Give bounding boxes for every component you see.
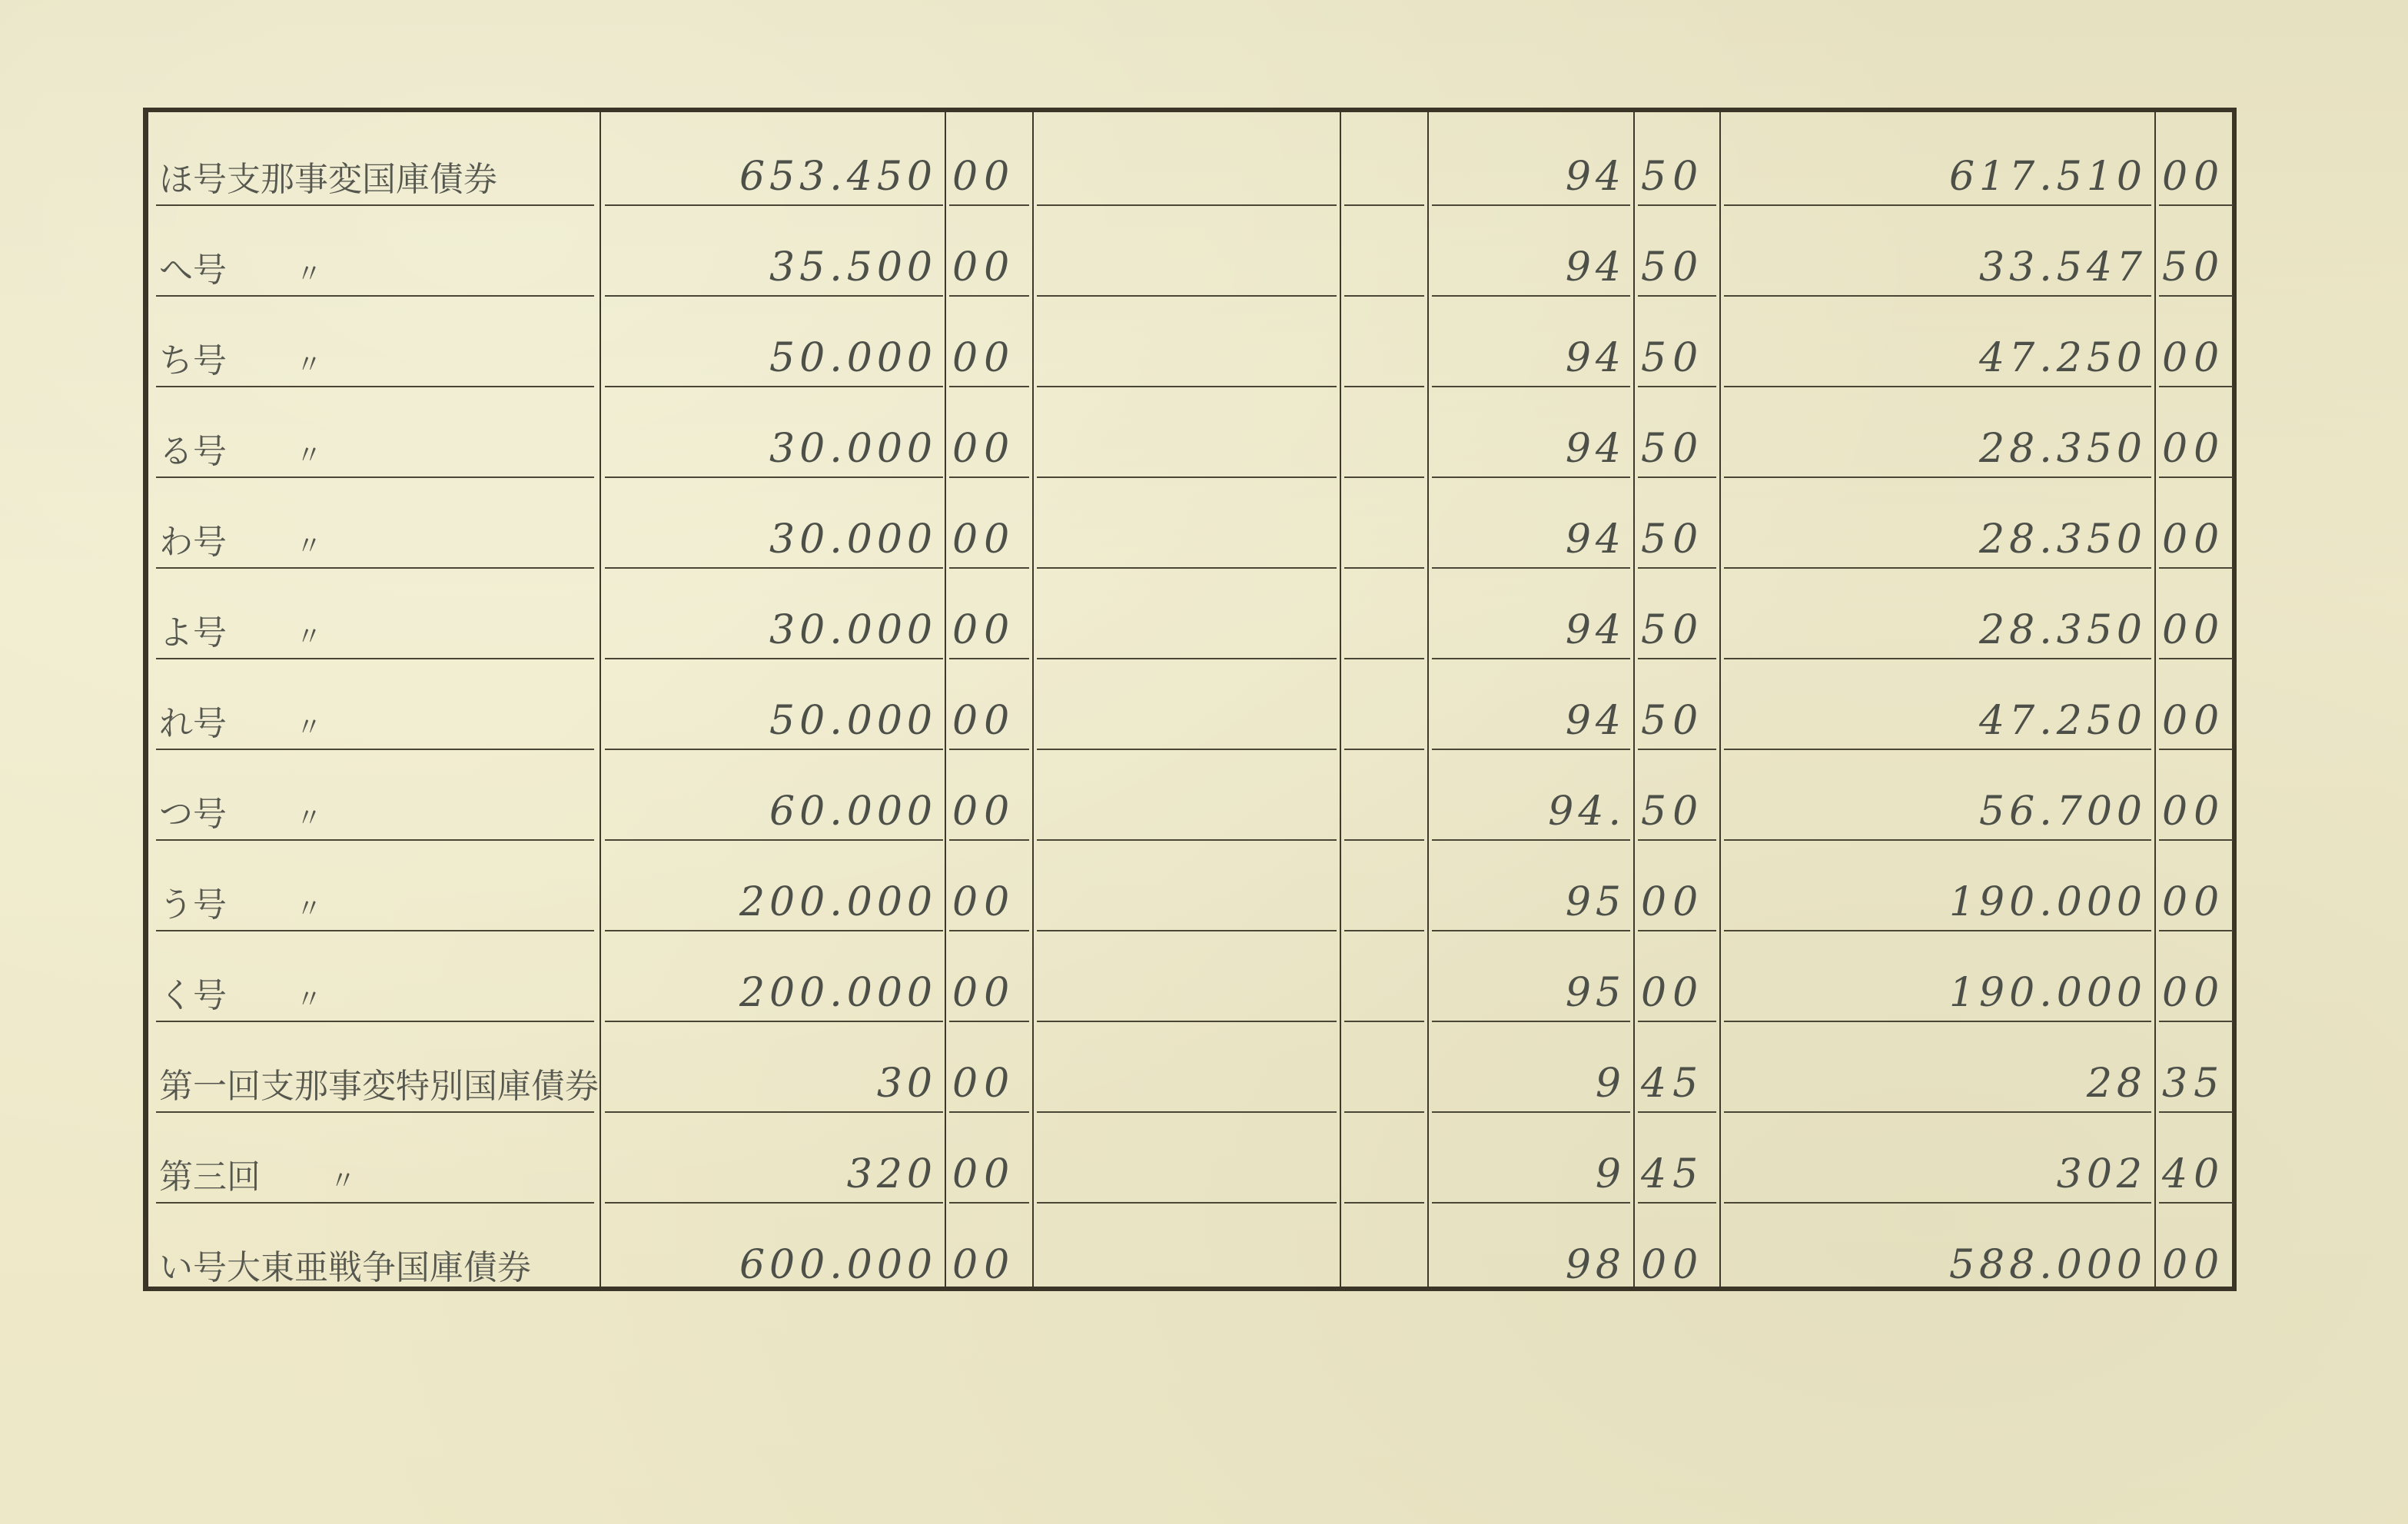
face-amount: 200.000 bbox=[601, 931, 945, 1022]
face-amount: 30.000 bbox=[601, 569, 945, 659]
table-row: ほ号支那事変国庫債券 653.450 00 94 50 617.510 00 bbox=[148, 115, 2232, 206]
bond-name-cell: ほ号支那事変国庫債券 bbox=[148, 115, 600, 206]
price: 9 bbox=[1429, 1022, 1633, 1113]
bond-name: く号 bbox=[159, 979, 227, 1013]
face-amount: 50.000 bbox=[601, 297, 945, 387]
blank-column-2 bbox=[1341, 115, 1427, 206]
price-fraction: 00 bbox=[1635, 841, 1719, 931]
price-fraction: 50 bbox=[1635, 297, 1719, 387]
price: 94 bbox=[1429, 115, 1633, 206]
blank-column-2 bbox=[1341, 841, 1427, 931]
value-sen: 00 bbox=[2156, 659, 2233, 750]
blank-column-2 bbox=[1341, 569, 1427, 659]
value-sen: 00 bbox=[2156, 115, 2233, 206]
ditto-mark: 〃 bbox=[296, 805, 322, 832]
price: 98 bbox=[1429, 1204, 1633, 1294]
value-sen: 00 bbox=[2156, 841, 2233, 931]
price: 94 bbox=[1429, 659, 1633, 750]
table-row: う号 〃 200.000 00 95 00 190.000 00 bbox=[148, 841, 2232, 931]
ditto-mark: 〃 bbox=[296, 533, 322, 559]
blank-column-1 bbox=[1034, 478, 1340, 569]
price-fraction: 50 bbox=[1635, 206, 1719, 297]
bond-name: わ号 bbox=[159, 526, 227, 559]
face-amount-sen: 00 bbox=[946, 931, 1032, 1022]
blank-column-2 bbox=[1341, 1022, 1427, 1113]
bond-name: れ号 bbox=[159, 707, 227, 741]
ditto-mark: 〃 bbox=[296, 624, 322, 650]
bond-name: へ号 bbox=[159, 254, 227, 287]
value-sen: 00 bbox=[2156, 387, 2233, 478]
price-fraction: 45 bbox=[1635, 1113, 1719, 1204]
value: 28.350 bbox=[1721, 387, 2154, 478]
bond-name-cell: う号 〃 bbox=[148, 841, 600, 931]
face-amount-sen: 00 bbox=[946, 206, 1032, 297]
bond-name: う号 bbox=[159, 888, 227, 922]
value: 28.350 bbox=[1721, 569, 2154, 659]
ditto-mark: 〃 bbox=[296, 896, 322, 922]
blank-column-2 bbox=[1341, 1204, 1427, 1294]
bond-name-cell: つ号 〃 bbox=[148, 750, 600, 841]
table-row: 第一回支那事変特別国庫債券 30 00 9 45 28 35 bbox=[148, 1022, 2232, 1113]
face-amount-sen: 00 bbox=[946, 387, 1032, 478]
table-row: る号 〃 30.000 00 94 50 28.350 00 bbox=[148, 387, 2232, 478]
face-amount: 60.000 bbox=[601, 750, 945, 841]
price-fraction: 50 bbox=[1635, 750, 1719, 841]
face-amount: 35.500 bbox=[601, 206, 945, 297]
value-sen: 00 bbox=[2156, 750, 2233, 841]
value-sen: 00 bbox=[2156, 297, 2233, 387]
bond-name: る号 bbox=[159, 435, 227, 469]
bond-name-cell: ち号 〃 bbox=[148, 297, 600, 387]
bond-name-cell: い号大東亜戦争国庫債券 bbox=[148, 1204, 600, 1294]
face-amount-sen: 00 bbox=[946, 659, 1032, 750]
value: 617.510 bbox=[1721, 115, 2154, 206]
price: 9 bbox=[1429, 1113, 1633, 1204]
bond-name: ち号 bbox=[159, 344, 227, 378]
bond-name-cell: れ号 〃 bbox=[148, 659, 600, 750]
face-amount: 600.000 bbox=[601, 1204, 945, 1294]
value: 588.000 bbox=[1721, 1204, 2154, 1294]
bond-name-cell: る号 〃 bbox=[148, 387, 600, 478]
table-row: れ号 〃 50.000 00 94 50 47.250 00 bbox=[148, 659, 2232, 750]
value: 190.000 bbox=[1721, 931, 2154, 1022]
bond-name: つ号 bbox=[159, 798, 227, 832]
face-amount-sen: 00 bbox=[946, 1022, 1032, 1113]
price-fraction: 50 bbox=[1635, 569, 1719, 659]
face-amount: 50.000 bbox=[601, 659, 945, 750]
face-amount-sen: 00 bbox=[946, 1113, 1032, 1204]
ditto-mark: 〃 bbox=[296, 987, 322, 1013]
price-fraction: 50 bbox=[1635, 387, 1719, 478]
value: 302 bbox=[1721, 1113, 2154, 1204]
value: 33.547 bbox=[1721, 206, 2154, 297]
value-sen: 35 bbox=[2156, 1022, 2233, 1113]
face-amount: 200.000 bbox=[601, 841, 945, 931]
value: 190.000 bbox=[1721, 841, 2154, 931]
blank-column-1 bbox=[1034, 1113, 1340, 1204]
table-row: へ号 〃 35.500 00 94 50 33.547 50 bbox=[148, 206, 2232, 297]
price-fraction: 50 bbox=[1635, 478, 1719, 569]
blank-column-1 bbox=[1034, 387, 1340, 478]
table-row: つ号 〃 60.000 00 94. 50 56.700 00 bbox=[148, 750, 2232, 841]
blank-column-1 bbox=[1034, 115, 1340, 206]
bond-name: ほ号支那事変国庫債券 bbox=[159, 163, 497, 197]
blank-column-1 bbox=[1034, 569, 1340, 659]
value-sen: 50 bbox=[2156, 206, 2233, 297]
bond-name-cell: 第一回支那事変特別国庫債券 bbox=[148, 1022, 600, 1113]
ditto-mark: 〃 bbox=[330, 1168, 356, 1194]
blank-column-1 bbox=[1034, 206, 1340, 297]
price-fraction: 00 bbox=[1635, 931, 1719, 1022]
face-amount-sen: 00 bbox=[946, 569, 1032, 659]
bond-name-cell: へ号 〃 bbox=[148, 206, 600, 297]
face-amount-sen: 00 bbox=[946, 297, 1032, 387]
price-fraction: 45 bbox=[1635, 1022, 1719, 1113]
blank-column-2 bbox=[1341, 659, 1427, 750]
value-sen: 40 bbox=[2156, 1113, 2233, 1204]
price: 94 bbox=[1429, 569, 1633, 659]
ditto-mark: 〃 bbox=[296, 443, 322, 469]
ditto-mark: 〃 bbox=[296, 715, 322, 741]
blank-column-2 bbox=[1341, 750, 1427, 841]
value: 28 bbox=[1721, 1022, 2154, 1113]
ditto-mark: 〃 bbox=[296, 352, 322, 378]
face-amount-sen: 00 bbox=[946, 115, 1032, 206]
price: 94. bbox=[1429, 750, 1633, 841]
price-fraction: 50 bbox=[1635, 659, 1719, 750]
price-fraction: 00 bbox=[1635, 1204, 1719, 1294]
table-row: よ号 〃 30.000 00 94 50 28.350 00 bbox=[148, 569, 2232, 659]
blank-column-1 bbox=[1034, 1022, 1340, 1113]
face-amount: 653.450 bbox=[601, 115, 945, 206]
value-sen: 00 bbox=[2156, 931, 2233, 1022]
blank-column-1 bbox=[1034, 297, 1340, 387]
blank-column-2 bbox=[1341, 387, 1427, 478]
table-row: く号 〃 200.000 00 95 00 190.000 00 bbox=[148, 931, 2232, 1022]
blank-column-2 bbox=[1341, 297, 1427, 387]
bond-name-cell: わ号 〃 bbox=[148, 478, 600, 569]
price: 94 bbox=[1429, 297, 1633, 387]
face-amount-sen: 00 bbox=[946, 841, 1032, 931]
blank-column-1 bbox=[1034, 659, 1340, 750]
bond-name: 第三回 bbox=[159, 1160, 261, 1194]
face-amount: 30.000 bbox=[601, 387, 945, 478]
face-amount-sen: 00 bbox=[946, 750, 1032, 841]
table-row: わ号 〃 30.000 00 94 50 28.350 00 bbox=[148, 478, 2232, 569]
value: 56.700 bbox=[1721, 750, 2154, 841]
value-sen: 00 bbox=[2156, 1204, 2233, 1294]
price: 95 bbox=[1429, 841, 1633, 931]
face-amount: 320 bbox=[601, 1113, 945, 1204]
face-amount: 30 bbox=[601, 1022, 945, 1113]
price: 94 bbox=[1429, 206, 1633, 297]
face-amount: 30.000 bbox=[601, 478, 945, 569]
blank-column-1 bbox=[1034, 931, 1340, 1022]
table-row: い号大東亜戦争国庫債券 600.000 00 98 00 588.000 00 bbox=[148, 1204, 2232, 1294]
bond-name-cell: 第三回 〃 bbox=[148, 1113, 600, 1204]
price: 95 bbox=[1429, 931, 1633, 1022]
value: 47.250 bbox=[1721, 659, 2154, 750]
blank-column-2 bbox=[1341, 1113, 1427, 1204]
price: 94 bbox=[1429, 387, 1633, 478]
value: 47.250 bbox=[1721, 297, 2154, 387]
blank-column-2 bbox=[1341, 206, 1427, 297]
value-sen: 00 bbox=[2156, 478, 2233, 569]
price-fraction: 50 bbox=[1635, 115, 1719, 206]
bond-name: よ号 bbox=[159, 616, 227, 650]
blank-column-1 bbox=[1034, 841, 1340, 931]
blank-column-1 bbox=[1034, 1204, 1340, 1294]
bond-name-cell: よ号 〃 bbox=[148, 569, 600, 659]
face-amount-sen: 00 bbox=[946, 478, 1032, 569]
ledger-table: ほ号支那事変国庫債券 653.450 00 94 50 617.510 00 へ… bbox=[143, 108, 2237, 1291]
blank-column-1 bbox=[1034, 750, 1340, 841]
face-amount-sen: 00 bbox=[946, 1204, 1032, 1294]
value-sen: 00 bbox=[2156, 569, 2233, 659]
price: 94 bbox=[1429, 478, 1633, 569]
table-row: 第三回 〃 320 00 9 45 302 40 bbox=[148, 1113, 2232, 1204]
bond-name-cell: く号 〃 bbox=[148, 931, 600, 1022]
value: 28.350 bbox=[1721, 478, 2154, 569]
blank-column-2 bbox=[1341, 478, 1427, 569]
ditto-mark: 〃 bbox=[296, 261, 322, 287]
bond-name: い号大東亜戦争国庫債券 bbox=[159, 1251, 531, 1285]
table-row: ち号 〃 50.000 00 94 50 47.250 00 bbox=[148, 297, 2232, 387]
ledger-sheet: ほ号支那事変国庫債券 653.450 00 94 50 617.510 00 へ… bbox=[0, 0, 2408, 1524]
bond-name: 第一回支那事変特別国庫債券 bbox=[159, 1070, 599, 1104]
blank-column-2 bbox=[1341, 931, 1427, 1022]
